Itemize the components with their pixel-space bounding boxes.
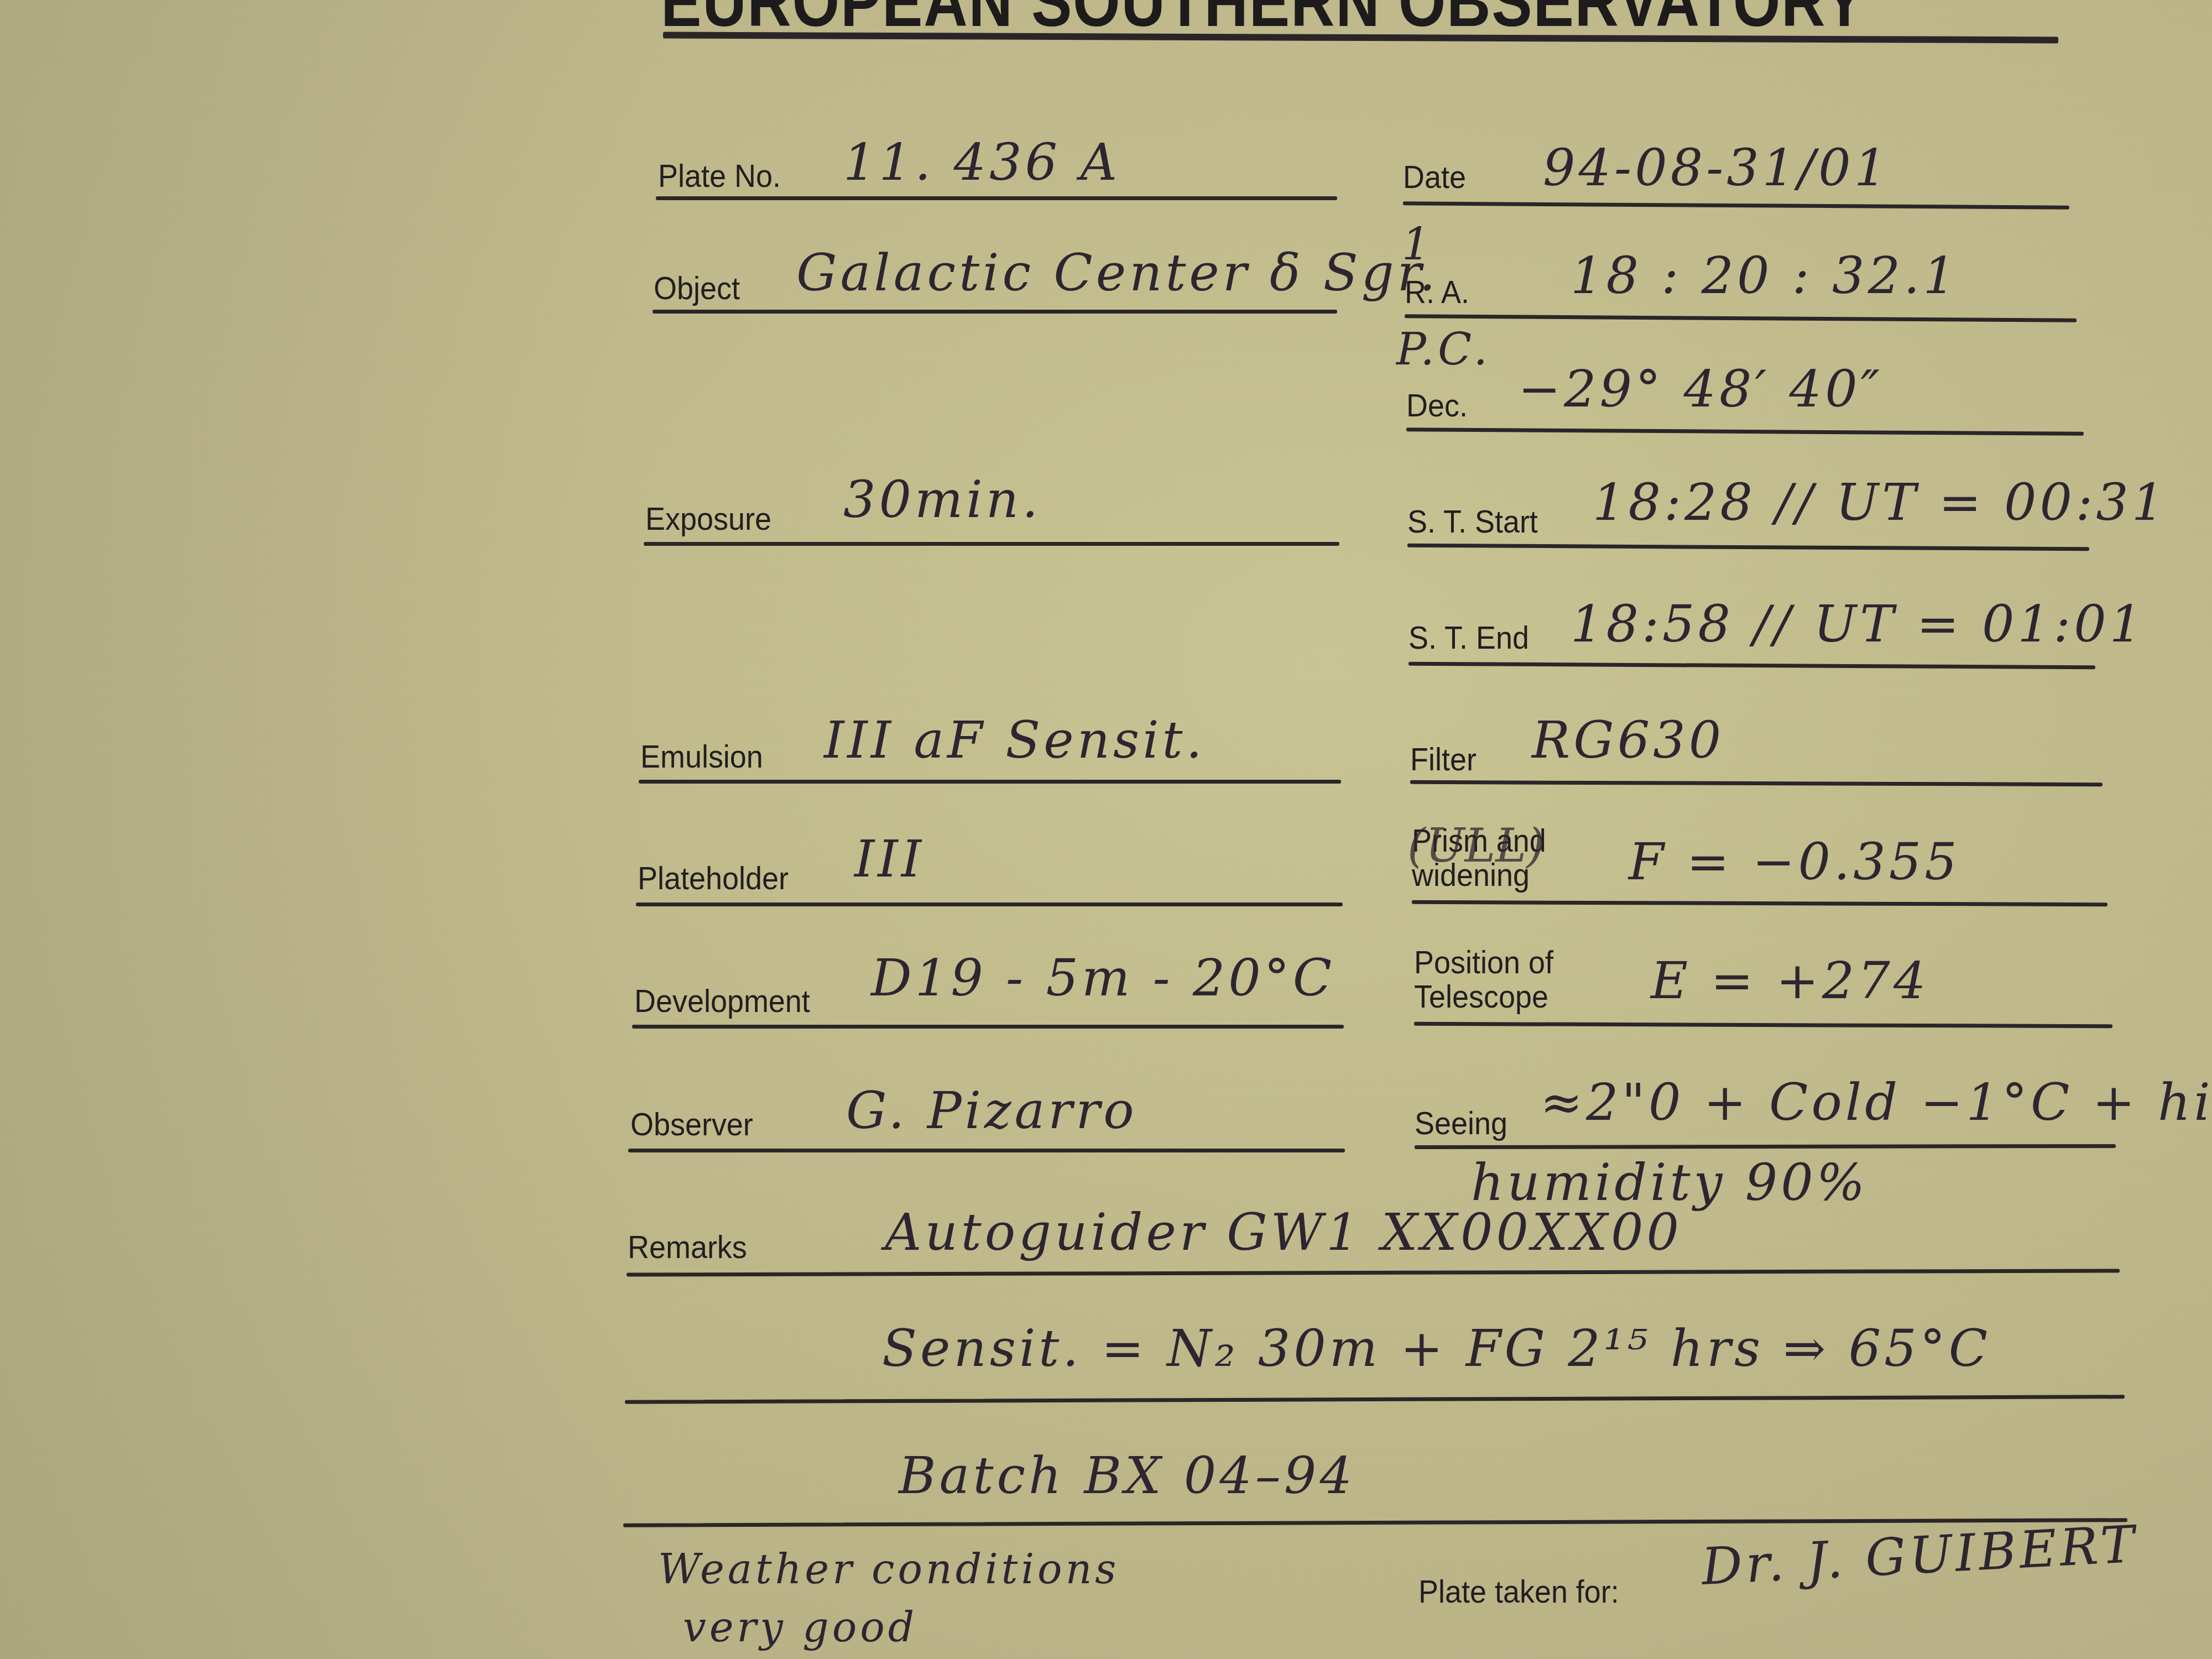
- plate-taken-for-label: Plate taken for:: [1418, 1573, 1619, 1610]
- st-start-line: [1407, 544, 2089, 551]
- filter-value: RG630: [1532, 711, 1724, 770]
- plate-no-label: Plate No.: [658, 158, 781, 195]
- position-value: E = +274: [1651, 951, 1929, 1010]
- observer-label: Observer: [630, 1106, 753, 1143]
- plate-taken-for-value: Dr. J. GUIBERT: [1700, 1515, 2139, 1597]
- observer-line: [628, 1149, 1345, 1152]
- remarks-line-1: Autoguider GW1 XX00XX00: [885, 1203, 1682, 1262]
- st-end-label: S. T. End: [1408, 619, 1529, 656]
- object-value: Galactic Center δ Sgr.: [796, 243, 1439, 302]
- ra-value: 18 : 20 : 32.1: [1571, 246, 1959, 305]
- st-start-value: 18:28 // UT = 00:31: [1593, 473, 2167, 532]
- plate-no-line: [656, 196, 1337, 200]
- position-line: [1414, 1022, 2112, 1028]
- object-label: Object: [654, 270, 740, 307]
- ra-annotation: 1: [1402, 218, 1433, 270]
- position-label-line1: Position of: [1414, 946, 1553, 980]
- filter-line: [1410, 780, 2103, 786]
- object-line: [653, 310, 1337, 314]
- ra-label: R. A.: [1405, 274, 1469, 311]
- date-line: [1403, 201, 2069, 209]
- st-end-line: [1408, 662, 2095, 670]
- emulsion-value: III aF Sensit.: [824, 711, 1206, 770]
- remarks-rule-1: [627, 1269, 2120, 1276]
- remarks-line-3: Batch BX 04–94: [899, 1446, 1355, 1505]
- prism-overwrite: (ULL): [1407, 818, 1545, 873]
- seeing-label: Seeing: [1415, 1105, 1507, 1142]
- plateholder-label: Plateholder: [638, 860, 789, 897]
- exposure-value: 30min.: [843, 470, 1041, 529]
- weather-note-line2: very good: [683, 1604, 917, 1651]
- ra-line: [1405, 314, 2077, 322]
- remarks-rule-3: [623, 1518, 2127, 1527]
- plate-no-value: 11. 436 A: [843, 133, 1120, 192]
- position-label-line2: Telescope: [1414, 980, 1548, 1014]
- filter-label: Filter: [1410, 741, 1477, 778]
- dec-line: [1406, 427, 2084, 435]
- st-end-value: 18:58 // UT = 01:01: [1571, 594, 2145, 654]
- st-start-label: S. T. Start: [1407, 503, 1538, 540]
- exposure-line: [644, 542, 1339, 546]
- date-value: 94-08-31/01: [1543, 138, 1890, 197]
- seeing-line: [1415, 1144, 2116, 1149]
- development-value: D19 - 5m - 20°C: [871, 948, 1335, 1008]
- plateholder-value: III: [854, 830, 925, 889]
- weather-note-line1: Weather conditions: [658, 1546, 1119, 1593]
- development-label: Development: [634, 983, 810, 1020]
- dec-label: Dec.: [1406, 387, 1468, 424]
- remarks-label: Remarks: [628, 1229, 747, 1266]
- emulsion-label: Emulsion: [640, 738, 763, 775]
- paper-shading: [0, 0, 664, 1659]
- date-label: Date: [1403, 159, 1466, 196]
- prism-line: [1412, 900, 2107, 906]
- prism-value: F = −0.355: [1629, 832, 1960, 891]
- development-line: [632, 1025, 1344, 1029]
- observer-value: G. Pizarro: [846, 1081, 1138, 1140]
- plateholder-line: [636, 902, 1343, 906]
- exposure-label: Exposure: [645, 500, 771, 538]
- remarks-line-2: Sensit. = N₂ 30m + FG 2¹⁵ hrs ⇒ 65°C: [882, 1319, 1991, 1378]
- emulsion-line: [639, 780, 1341, 784]
- dec-value: −29° 48′ 40″: [1518, 359, 1883, 419]
- seeing-value: ≈2"0 + Cold −1°C + high: [1540, 1073, 2212, 1132]
- dec-annotation: P.C.: [1396, 324, 1491, 375]
- remarks-rule-2: [625, 1395, 2125, 1404]
